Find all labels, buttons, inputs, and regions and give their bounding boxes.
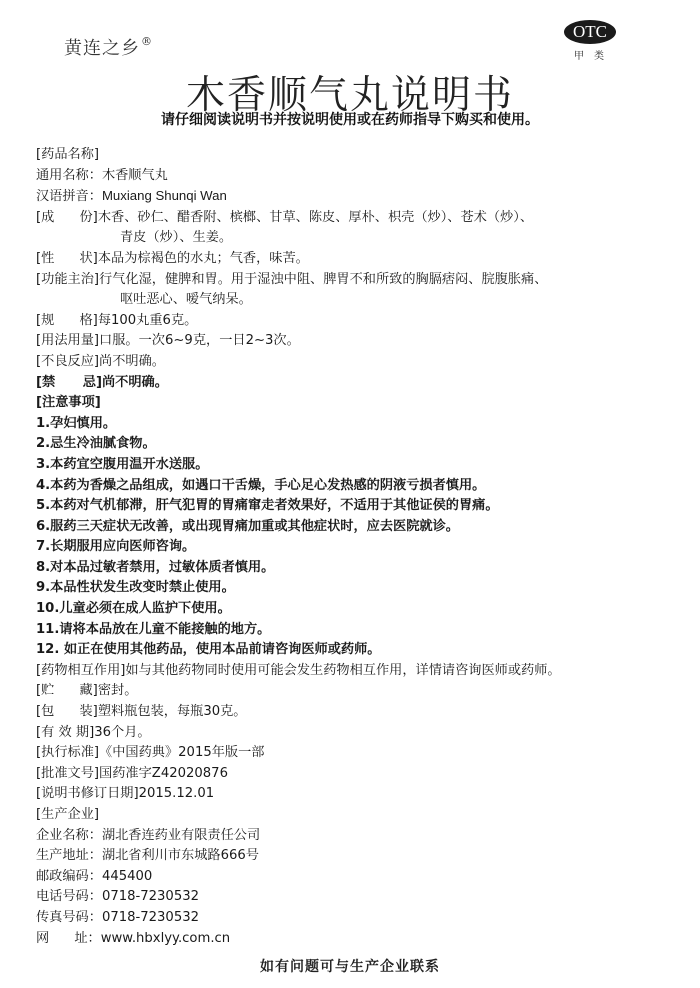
contraindications-row: [禁 忌]尚不明确。 [36, 373, 676, 394]
approval-text: 国药准字Z42020876 [99, 764, 228, 785]
contraindications-text: 尚不明确。 [102, 373, 168, 394]
standard-text: 《中国药典》2015年版一部 [99, 743, 264, 764]
interactions-label: [药物相互作用] [36, 661, 125, 682]
dosage-row: [用法用量]口服。一次6~9克，一日2~3次。 [36, 331, 676, 352]
otc-class: 甲类 [563, 47, 617, 62]
package-text: 塑料瓶包装，每瓶30克。 [98, 702, 247, 723]
brand-name: 黄连之乡 [64, 38, 140, 59]
description-row: [性 状]本品为棕褐色的水丸；气香，味苦。 [36, 249, 676, 270]
section-heading-drug-name: [药品名称] [36, 145, 676, 166]
ingredients-text: 木香、砂仁、醋香附、槟榔、甘草、陈皮、厚朴、枳壳（炒）、苍术（炒）、 [98, 208, 533, 229]
precaution-item: 5.本药对气机郁滞，肝气犯胃的胃痛窜走者效果好，不适用于其他证侯的胃痛。 [36, 496, 676, 517]
precaution-item: 11.请将本品放在儿童不能接触的地方。 [36, 620, 676, 641]
contraindications-label: [禁 忌] [36, 373, 102, 394]
standard-label: [执行标准] [36, 743, 99, 764]
storage-row: [贮 藏]密封。 [36, 681, 676, 702]
manufacturer-address-label: 生产地址： [36, 848, 102, 863]
generic-name-label: 通用名称： [36, 168, 102, 183]
dosage-text: 口服。一次6~9克，一日2~3次。 [99, 331, 300, 352]
description-text: 本品为棕褐色的水丸；气香，味苦。 [98, 249, 309, 270]
precaution-item: 12. 如正在使用其他药品，使用本品前请咨询医师或药师。 [36, 640, 676, 661]
generic-name: 木香顺气丸 [102, 168, 168, 183]
package-row: [包 装]塑料瓶包装，每瓶30克。 [36, 702, 676, 723]
phone: 0718-7230532 [102, 889, 199, 904]
precaution-item: 10.儿童必须在成人监护下使用。 [36, 599, 676, 620]
revision-date-row: [说明书修订日期]2015.12.01 [36, 784, 676, 805]
precaution-item: 6.服药三天症状无改善，或出现胃痛加重或其他症状时，应去医院就诊。 [36, 517, 676, 538]
approval-row: [批准文号]国药准字Z42020876 [36, 764, 676, 785]
ingredients-label: [成 份] [36, 208, 98, 229]
manufacturer-name-label: 企业名称： [36, 828, 102, 843]
leaflet-body: [药品名称] 通用名称：木香顺气丸 汉语拼音：Muxiang Shunqi Wa… [36, 145, 676, 949]
precaution-item: 2.忌生冷油腻食物。 [36, 434, 676, 455]
pinyin-row: 汉语拼音：Muxiang Shunqi Wan [36, 186, 676, 208]
package-label: [包 装] [36, 702, 98, 723]
storage-label: [贮 藏] [36, 681, 98, 702]
revision-date-text: 2015.12.01 [139, 784, 215, 805]
registered-mark: ® [141, 35, 153, 48]
indications-row: [功能主治]行气化湿，健脾和胃。用于湿浊中阻、脾胃不和所致的胸膈痞闷、脘腹胀痛、 [36, 270, 676, 291]
revision-date-label: [说明书修订日期] [36, 784, 139, 805]
description-label: [性 状] [36, 249, 98, 270]
fax: 0718-7230532 [102, 910, 199, 925]
website-label: 网 址： [36, 931, 101, 946]
website-row: 网 址：www.hbxlyy.com.cn [36, 929, 676, 950]
section-heading-precautions: [注意事项] [36, 393, 676, 414]
indications-cont: 呕吐恶心、嗳气纳呆。 [36, 290, 676, 311]
footer-note: 如有问题可与生产企业联系 [0, 956, 700, 976]
pinyin-label: 汉语拼音： [36, 189, 102, 204]
interactions-row: [药物相互作用]如与其他药物同时使用可能会发生药物相互作用，详情请咨询医师或药师… [36, 661, 676, 682]
validity-row: [有 效 期]36个月。 [36, 723, 676, 744]
fax-row: 传真号码：0718-7230532 [36, 908, 676, 929]
approval-label: [批准文号] [36, 764, 99, 785]
interactions-text: 如与其他药物同时使用可能会发生药物相互作用，详情请咨询医师或药师。 [125, 661, 560, 682]
phone-label: 电话号码： [36, 889, 102, 904]
precaution-item: 8.对本品过敏者禁用，过敏体质者慎用。 [36, 558, 676, 579]
specification-label: [规 格] [36, 311, 98, 332]
precaution-item: 9.本品性状发生改变时禁止使用。 [36, 578, 676, 599]
phone-row: 电话号码：0718-7230532 [36, 887, 676, 908]
adverse-reactions-text: 尚不明确。 [99, 352, 165, 373]
generic-name-row: 通用名称：木香顺气丸 [36, 166, 676, 187]
manufacturer-address: 湖北省利川市东城路666号 [102, 848, 259, 863]
indications-text: 行气化湿，健脾和胃。用于湿浊中阻、脾胃不和所致的胸膈痞闷、脘腹胀痛、 [99, 270, 547, 291]
website-link[interactable]: www.hbxlyy.com.cn [101, 931, 230, 946]
ingredients-row: [成 份]木香、砂仁、醋香附、槟榔、甘草、陈皮、厚朴、枳壳（炒）、苍术（炒）、 [36, 208, 676, 229]
section-heading-manufacturer: [生产企业] [36, 805, 676, 826]
postcode-label: 邮政编码： [36, 869, 102, 884]
adverse-reactions-row: [不良反应]尚不明确。 [36, 352, 676, 373]
precaution-item: 3.本药宜空腹用温开水送服。 [36, 455, 676, 476]
postcode: 445400 [102, 869, 152, 884]
postcode-row: 邮政编码：445400 [36, 867, 676, 888]
adverse-reactions-label: [不良反应] [36, 352, 99, 373]
standard-row: [执行标准]《中国药典》2015年版一部 [36, 743, 676, 764]
manufacturer-address-row: 生产地址：湖北省利川市东城路666号 [36, 846, 676, 867]
ingredients-cont: 青皮（炒）、生姜。 [36, 228, 676, 249]
manufacturer-name: 湖北香连药业有限责任公司 [102, 828, 260, 843]
storage-text: 密封。 [98, 681, 138, 702]
validity-label: [有 效 期] [36, 723, 94, 744]
indications-label: [功能主治] [36, 270, 99, 291]
dosage-label: [用法用量] [36, 331, 99, 352]
precaution-item: 4.本药为香燥之品组成，如遇口干舌燥，手心足心发热感的阴液亏损者慎用。 [36, 476, 676, 497]
validity-text: 36个月。 [94, 723, 150, 744]
manufacturer-name-row: 企业名称：湖北香连药业有限责任公司 [36, 826, 676, 847]
specification-row: [规 格]每100丸重6克。 [36, 311, 676, 332]
otc-oval-icon: OTC [564, 20, 616, 44]
pinyin: Muxiang Shunqi Wan [102, 188, 227, 203]
brand-logo: 黄连之乡® [64, 34, 153, 60]
page-subtitle: 请仔细阅读说明书并按说明使用或在药师指导下购买和使用。 [0, 109, 700, 129]
otc-badge: OTC 甲类 [563, 20, 617, 62]
precaution-item: 1.孕妇慎用。 [36, 414, 676, 435]
specification-text: 每100丸重6克。 [98, 311, 198, 332]
precaution-item: 7.长期服用应向医师咨询。 [36, 537, 676, 558]
fax-label: 传真号码： [36, 910, 102, 925]
